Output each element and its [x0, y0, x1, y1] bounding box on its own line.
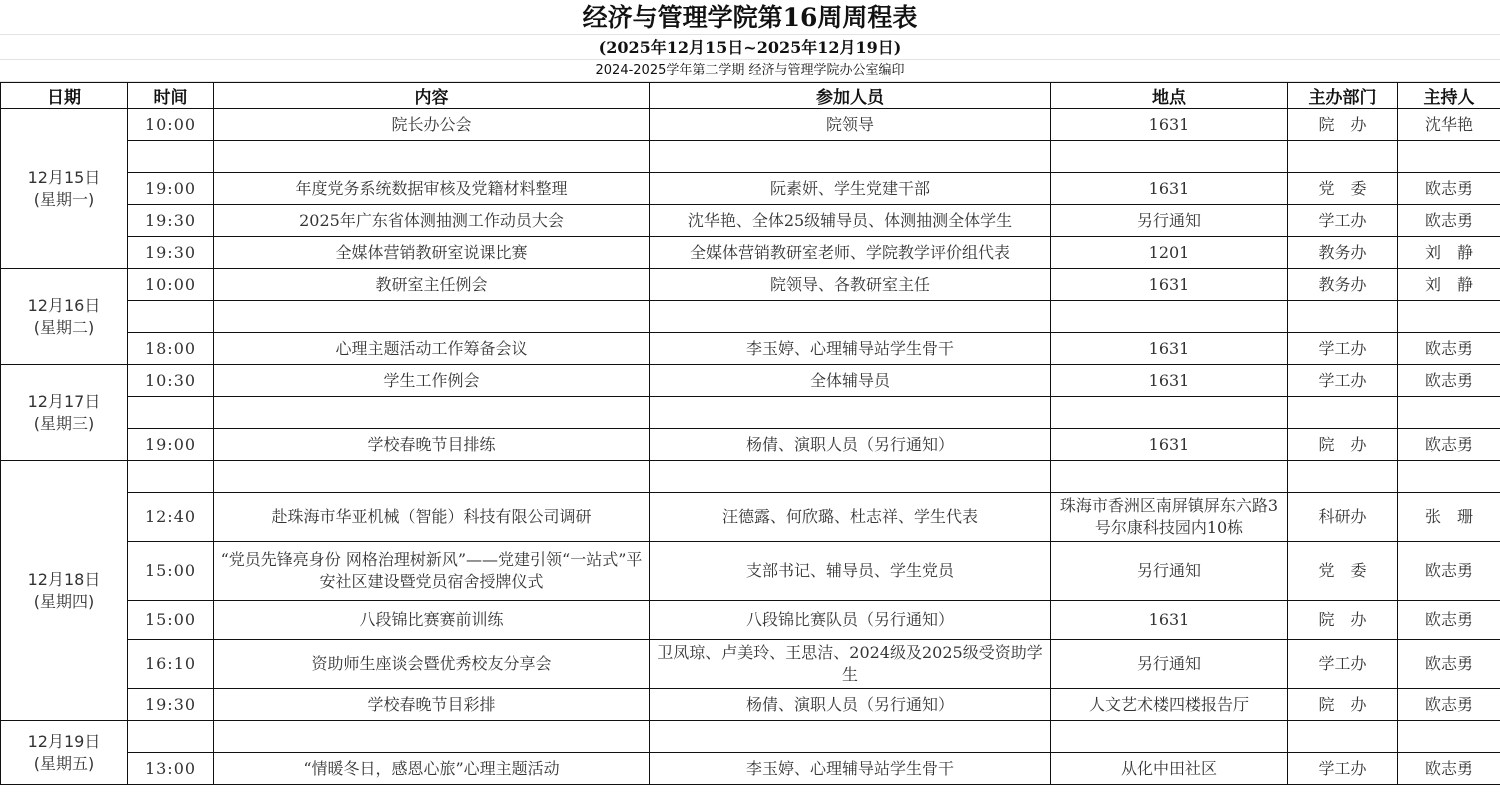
- host-cell: 欧志勇: [1398, 205, 1500, 237]
- time-cell: 10:00: [128, 269, 214, 301]
- host-cell: 欧志勇: [1398, 542, 1500, 601]
- time-cell: [128, 397, 214, 429]
- content-cell: [214, 721, 650, 753]
- host-cell: [1398, 721, 1500, 753]
- location-cell: 1631: [1051, 365, 1288, 397]
- location-cell: 另行通知: [1051, 542, 1288, 601]
- table-row: 19:30 全媒体营销教研室说课比赛 全媒体营销教研室老师、学院教学评价组代表 …: [1, 237, 1500, 269]
- time-cell: 18:00: [128, 333, 214, 365]
- col-header-date: 日期: [1, 83, 128, 109]
- location-cell: 1631: [1051, 601, 1288, 640]
- dept-cell: [1288, 141, 1398, 173]
- location-cell: [1051, 721, 1288, 753]
- weekday-label: (星期四): [5, 591, 123, 613]
- date-cell: 12月17日 (星期三): [1, 365, 128, 461]
- time-cell: 15:00: [128, 542, 214, 601]
- weekly-schedule-table: 日期 时间 内容 参加人员 地点 主办部门 主持人 12月15日 (星期一) 1…: [0, 82, 1500, 785]
- location-cell: [1051, 461, 1288, 493]
- table-row: [1, 141, 1500, 173]
- host-cell: [1398, 141, 1500, 173]
- location-cell: [1051, 301, 1288, 333]
- location-cell: [1051, 397, 1288, 429]
- time-cell: 10:30: [128, 365, 214, 397]
- content-cell: [214, 397, 650, 429]
- content-cell: 学校春晚节目彩排: [214, 689, 650, 721]
- content-cell: 心理主题活动工作筹备会议: [214, 333, 650, 365]
- content-cell: 全媒体营销教研室说课比赛: [214, 237, 650, 269]
- col-header-dept: 主办部门: [1288, 83, 1398, 109]
- dept-cell: 党 委: [1288, 542, 1398, 601]
- time-cell: [128, 461, 214, 493]
- dept-cell: 院 办: [1288, 601, 1398, 640]
- table-row: 19:30 学校春晚节目彩排 杨倩、演职人员（另行通知） 人文艺术楼四楼报告厅 …: [1, 689, 1500, 721]
- location-cell: 从化中田社区: [1051, 753, 1288, 785]
- dept-cell: 科研办: [1288, 493, 1398, 542]
- time-cell: 19:00: [128, 429, 214, 461]
- date-label: 12月16日: [5, 295, 123, 317]
- date-label: 12月18日: [5, 569, 123, 591]
- time-cell: 15:00: [128, 601, 214, 640]
- host-cell: 欧志勇: [1398, 429, 1500, 461]
- content-cell: 资助师生座谈会暨优秀校友分享会: [214, 640, 650, 689]
- col-header-time: 时间: [128, 83, 214, 109]
- weekday-label: (星期一): [5, 189, 123, 211]
- time-cell: [128, 301, 214, 333]
- date-cell: 12月15日 (星期一): [1, 109, 128, 269]
- content-cell: 八段锦比赛赛前训练: [214, 601, 650, 640]
- time-cell: 19:00: [128, 173, 214, 205]
- content-cell: 年度党务系统数据审核及党籍材料整理: [214, 173, 650, 205]
- date-cell: 12月18日 (星期四): [1, 461, 128, 721]
- time-cell: 16:10: [128, 640, 214, 689]
- content-cell: [214, 461, 650, 493]
- participants-cell: 阮素妍、学生党建干部: [650, 173, 1051, 205]
- location-cell: 另行通知: [1051, 205, 1288, 237]
- time-cell: 19:30: [128, 689, 214, 721]
- date-range-subtitle: (2025年12月15日~2025年12月19日): [0, 35, 1500, 60]
- participants-cell: [650, 397, 1051, 429]
- host-cell: [1398, 397, 1500, 429]
- time-cell: 19:30: [128, 205, 214, 237]
- dept-cell: 学工办: [1288, 753, 1398, 785]
- table-row: 12月15日 (星期一) 10:00 院长办公会 院领导 1631 院 办 沈华…: [1, 109, 1500, 141]
- dept-cell: 学工办: [1288, 205, 1398, 237]
- col-header-content: 内容: [214, 83, 650, 109]
- table-row: 12月16日 (星期二) 10:00 教研室主任例会 院领导、各教研室主任 16…: [1, 269, 1500, 301]
- table-row: 19:00 学校春晚节目排练 杨倩、演职人员（另行通知） 1631 院 办 欧志…: [1, 429, 1500, 461]
- location-cell: [1051, 141, 1288, 173]
- participants-cell: 卫凤琼、卢美玲、王思洁、2024级及2025级受资助学生: [650, 640, 1051, 689]
- table-row: 15:00 八段锦比赛赛前训练 八段锦比赛队员（另行通知） 1631 院 办 欧…: [1, 601, 1500, 640]
- location-cell: 1201: [1051, 237, 1288, 269]
- date-label: 12月17日: [5, 391, 123, 413]
- dept-cell: 院 办: [1288, 109, 1398, 141]
- dept-cell: 教务办: [1288, 269, 1398, 301]
- content-cell: 2025年广东省体测抽测工作动员大会: [214, 205, 650, 237]
- location-cell: 1631: [1051, 109, 1288, 141]
- table-row: 12:40 赴珠海市华亚机械（智能）科技有限公司调研 汪德露、何欣璐、杜志祥、学…: [1, 493, 1500, 542]
- time-cell: 12:40: [128, 493, 214, 542]
- participants-cell: 全媒体营销教研室老师、学院教学评价组代表: [650, 237, 1051, 269]
- participants-cell: 八段锦比赛队员（另行通知）: [650, 601, 1051, 640]
- time-cell: 13:00: [128, 753, 214, 785]
- page-title: 经济与管理学院第16周周程表: [0, 0, 1500, 35]
- table-row: 19:30 2025年广东省体测抽测工作动员大会 沈华艳、全体25级辅导员、体测…: [1, 205, 1500, 237]
- content-cell: 赴珠海市华亚机械（智能）科技有限公司调研: [214, 493, 650, 542]
- weekday-label: (星期三): [5, 413, 123, 435]
- dept-cell: [1288, 397, 1398, 429]
- location-cell: 1631: [1051, 173, 1288, 205]
- host-cell: 欧志勇: [1398, 333, 1500, 365]
- table-row: 15:00 “党员先锋亮身份 网格治理树新风”——党建引领“一站式”平安社区建设…: [1, 542, 1500, 601]
- participants-cell: 李玉婷、心理辅导站学生骨干: [650, 333, 1051, 365]
- col-header-participants: 参加人员: [650, 83, 1051, 109]
- date-label: 12月15日: [5, 167, 123, 189]
- dept-cell: [1288, 461, 1398, 493]
- date-cell: 12月16日 (星期二): [1, 269, 128, 365]
- dept-cell: 院 办: [1288, 429, 1398, 461]
- time-cell: 10:00: [128, 109, 214, 141]
- content-cell: 院长办公会: [214, 109, 650, 141]
- dept-cell: 院 办: [1288, 689, 1398, 721]
- weekday-label: (星期二): [5, 317, 123, 339]
- editor-note: 2024-2025学年第二学期 经济与管理学院办公室编印: [0, 60, 1500, 82]
- participants-cell: [650, 461, 1051, 493]
- time-cell: 19:30: [128, 237, 214, 269]
- col-header-location: 地点: [1051, 83, 1288, 109]
- participants-cell: [650, 141, 1051, 173]
- date-label: 12月19日: [5, 731, 123, 753]
- participants-cell: [650, 301, 1051, 333]
- content-cell: “党员先锋亮身份 网格治理树新风”——党建引领“一站式”平安社区建设暨党员宿舍授…: [214, 542, 650, 601]
- dept-cell: [1288, 721, 1398, 753]
- content-cell: “情暖冬日，感恩心旅”心理主题活动: [214, 753, 650, 785]
- participants-cell: 支部书记、辅导员、学生党员: [650, 542, 1051, 601]
- col-header-host: 主持人: [1398, 83, 1500, 109]
- host-cell: 欧志勇: [1398, 173, 1500, 205]
- host-cell: 欧志勇: [1398, 753, 1500, 785]
- dept-cell: [1288, 301, 1398, 333]
- host-cell: 欧志勇: [1398, 601, 1500, 640]
- dept-cell: 党 委: [1288, 173, 1398, 205]
- host-cell: 欧志勇: [1398, 365, 1500, 397]
- table-row: [1, 397, 1500, 429]
- location-cell: 另行通知: [1051, 640, 1288, 689]
- dept-cell: 学工办: [1288, 365, 1398, 397]
- host-cell: [1398, 301, 1500, 333]
- participants-cell: 沈华艳、全体25级辅导员、体测抽测全体学生: [650, 205, 1051, 237]
- table-row: 12月18日 (星期四): [1, 461, 1500, 493]
- table-row: 19:00 年度党务系统数据审核及党籍材料整理 阮素妍、学生党建干部 1631 …: [1, 173, 1500, 205]
- location-cell: 1631: [1051, 269, 1288, 301]
- participants-cell: 李玉婷、心理辅导站学生骨干: [650, 753, 1051, 785]
- participants-cell: 全体辅导员: [650, 365, 1051, 397]
- dept-cell: 教务办: [1288, 237, 1398, 269]
- table-row: 18:00 心理主题活动工作筹备会议 李玉婷、心理辅导站学生骨干 1631 学工…: [1, 333, 1500, 365]
- content-cell: [214, 301, 650, 333]
- location-cell: 1631: [1051, 429, 1288, 461]
- table-row: 12月19日 (星期五): [1, 721, 1500, 753]
- table-row: 13:00 “情暖冬日，感恩心旅”心理主题活动 李玉婷、心理辅导站学生骨干 从化…: [1, 753, 1500, 785]
- host-cell: 刘 静: [1398, 237, 1500, 269]
- host-cell: 张 珊: [1398, 493, 1500, 542]
- time-cell: [128, 141, 214, 173]
- participants-cell: 院领导: [650, 109, 1051, 141]
- dept-cell: 学工办: [1288, 640, 1398, 689]
- location-cell: 珠海市香洲区南屏镇屏东六路3号尔康科技园内10栋: [1051, 493, 1288, 542]
- host-cell: 刘 静: [1398, 269, 1500, 301]
- date-cell: 12月19日 (星期五): [1, 721, 128, 785]
- header-row: 日期 时间 内容 参加人员 地点 主办部门 主持人: [1, 83, 1500, 109]
- host-cell: [1398, 461, 1500, 493]
- time-cell: [128, 721, 214, 753]
- location-cell: 人文艺术楼四楼报告厅: [1051, 689, 1288, 721]
- table-row: 12月17日 (星期三) 10:30 学生工作例会 全体辅导员 1631 学工办…: [1, 365, 1500, 397]
- participants-cell: 院领导、各教研室主任: [650, 269, 1051, 301]
- table-row: [1, 301, 1500, 333]
- content-cell: 学校春晚节目排练: [214, 429, 650, 461]
- host-cell: 欧志勇: [1398, 689, 1500, 721]
- content-cell: 教研室主任例会: [214, 269, 650, 301]
- table-row: 16:10 资助师生座谈会暨优秀校友分享会 卫凤琼、卢美玲、王思洁、2024级及…: [1, 640, 1500, 689]
- dept-cell: 学工办: [1288, 333, 1398, 365]
- content-cell: [214, 141, 650, 173]
- host-cell: 欧志勇: [1398, 640, 1500, 689]
- location-cell: 1631: [1051, 333, 1288, 365]
- participants-cell: [650, 721, 1051, 753]
- participants-cell: 杨倩、演职人员（另行通知）: [650, 689, 1051, 721]
- weekday-label: (星期五): [5, 753, 123, 775]
- participants-cell: 汪德露、何欣璐、杜志祥、学生代表: [650, 493, 1051, 542]
- host-cell: 沈华艳: [1398, 109, 1500, 141]
- content-cell: 学生工作例会: [214, 365, 650, 397]
- participants-cell: 杨倩、演职人员（另行通知）: [650, 429, 1051, 461]
